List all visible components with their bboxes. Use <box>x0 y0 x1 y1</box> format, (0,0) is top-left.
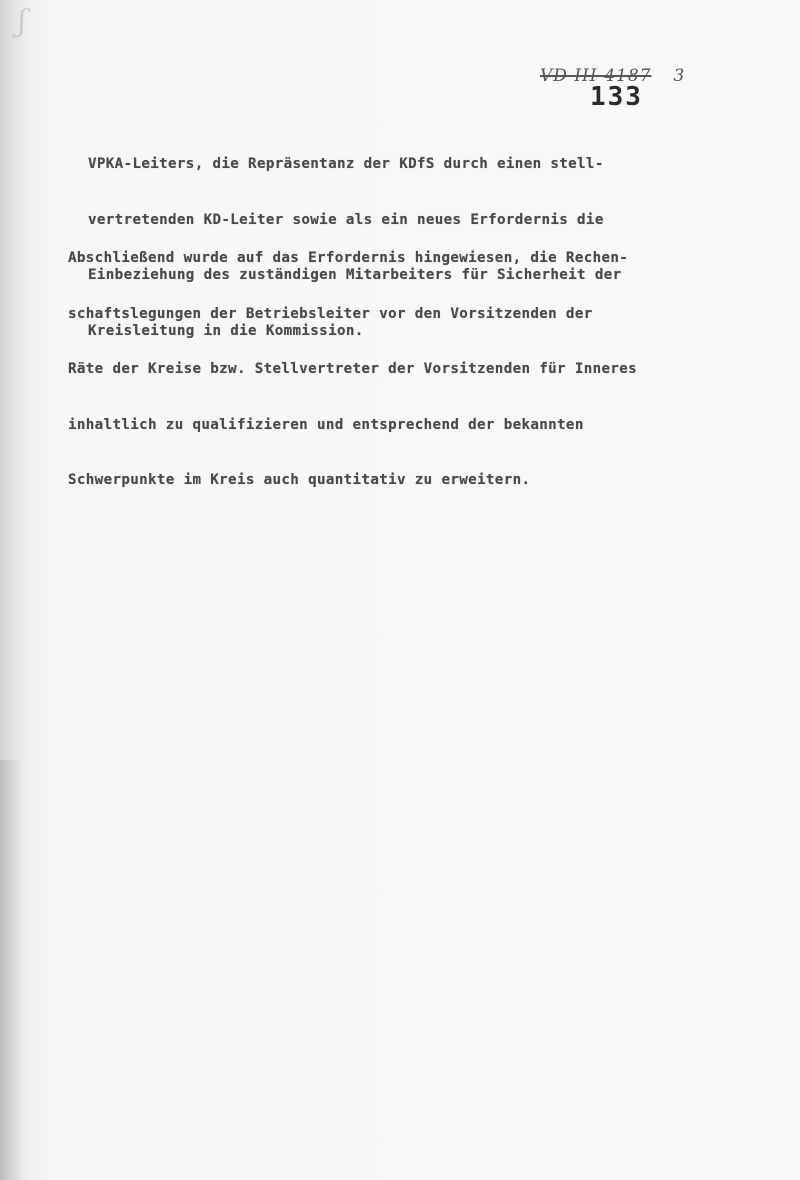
scan-edge-shadow <box>0 760 22 1180</box>
document-page: ʃ VD III-41873 133 VPKA-Leiters, die Rep… <box>0 0 800 1180</box>
text-line: Abschließend wurde auf das Erfordernis h… <box>68 249 637 268</box>
handwritten-corner-mark: ʃ <box>18 4 54 54</box>
paragraph-conclusion: Abschließend wurde auf das Erfordernis h… <box>68 212 637 527</box>
archive-trailing-mark: 3 <box>673 66 684 86</box>
text-line: Räte der Kreise bzw. Stellvertreter der … <box>68 360 637 379</box>
text-line: inhaltlich zu qualifizieren und entsprec… <box>68 416 637 435</box>
text-line: Schwerpunkte im Kreis auch quantitativ z… <box>68 471 637 490</box>
text-line: schaftslegungen der Betriebsleiter vor d… <box>68 305 637 324</box>
page-number-stamp: 133 <box>590 82 643 112</box>
text-line: VPKA-Leiters, die Repräsentanz der KDfS … <box>88 155 622 174</box>
